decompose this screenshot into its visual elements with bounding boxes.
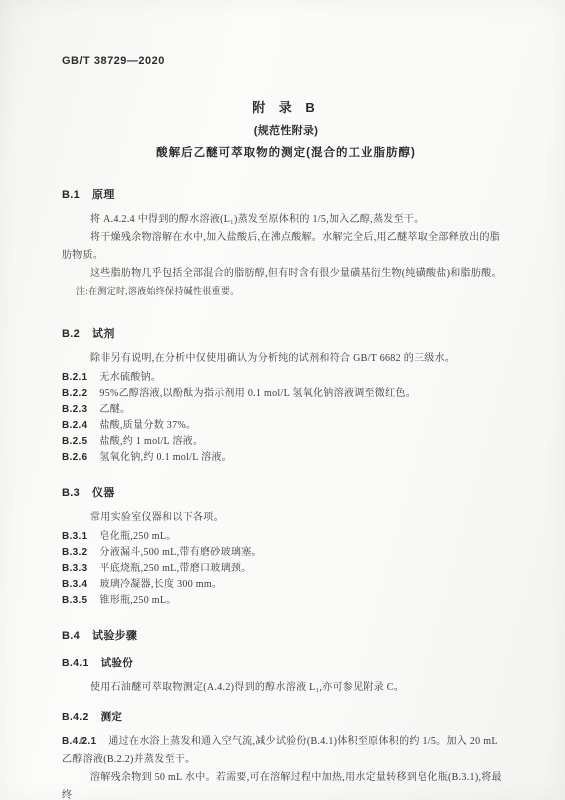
section-title: 仪器 — [92, 487, 115, 499]
clause-row: B.2.3乙醚。 — [62, 402, 510, 418]
section-b3-heading: B.3仪器 — [62, 484, 510, 500]
clause-number: B.2.2 — [62, 388, 87, 399]
clause-row: B.3.2分液漏斗,500 mL,带有磨砂玻璃塞。 — [62, 545, 510, 561]
section-title: 试剂 — [92, 328, 115, 340]
clause-text: 盐酸,质量分数 37%。 — [99, 420, 196, 431]
section-title: 试验步骤 — [92, 630, 137, 642]
appendix-type-note: (规范性附录) — [62, 122, 510, 138]
standard-number: GB/T 38729—2020 — [62, 55, 510, 67]
clause-row: B.3.3平底烧瓶,250 mL,带磨口玻璃颈。 — [62, 561, 510, 577]
paragraph: 除非另有说明,在分析中仅使用确认为分析纯的试剂和符合 GB/T 6682 的三级… — [62, 350, 510, 368]
section-number: B.1 — [62, 189, 80, 201]
clause-text: 通过在水浴上蒸发和通入空气流,减少试验份(B.4.1)体积至原体积的约 1/5。… — [62, 736, 497, 765]
clause-row: B.3.5锥形瓶,250 mL。 — [62, 593, 510, 609]
paragraph: 溶解残余物到 50 mL 水中。若需要,可在溶解过程中加热,用水定量转移到皂化瓶… — [62, 769, 510, 800]
clause-row: B.2.1无水硫酸钠。 — [62, 370, 510, 386]
clause-text: 盐酸,约 1 mol/L 溶液。 — [99, 436, 203, 447]
note-text: 注:在测定时,溶液始终保持碱性很重要。 — [62, 283, 510, 299]
clause-text: 皂化瓶,250 mL。 — [99, 531, 176, 542]
clause-text: 锥形瓶,250 mL。 — [99, 595, 176, 606]
clause-number: B.2.6 — [62, 452, 87, 463]
paragraph: 使用石油醚可萃取物测定(A.4.2)得到的醇水溶液 L₁,亦可参见附录 C。 — [62, 679, 510, 697]
clause-row: B.3.4玻璃冷凝器,长度 300 mm。 — [62, 577, 510, 593]
page-number: 6 — [80, 736, 85, 747]
clause-text: 分液漏斗,500 mL,带有磨砂玻璃塞。 — [99, 547, 261, 558]
clause-number: B.2.4 — [62, 420, 87, 431]
section-b42-heading: B.4.2测定 — [62, 709, 510, 724]
section-number: B.4.1 — [62, 657, 89, 669]
clause-text: 无水硫酸钠。 — [99, 372, 161, 383]
section-number: B.3 — [62, 487, 80, 499]
paragraph: 将干燥残余物溶解在水中,加入盐酸后,在沸点酸解。水解完全后,用乙醚萃取全部释放出… — [62, 229, 510, 265]
section-title: 原理 — [92, 189, 115, 201]
clause-row: B.2.4盐酸,质量分数 37%。 — [62, 418, 510, 434]
apparatus-list: B.3.1皂化瓶,250 mL。 B.3.2分液漏斗,500 mL,带有磨砂玻璃… — [62, 529, 510, 609]
clause-paragraph: B.4.2.1通过在水浴上蒸发和通入空气流,减少试验份(B.4.1)体积至原体积… — [62, 733, 510, 769]
appendix-title-block: 附 录 B (规范性附录) 酸解后乙醚可萃取物的测定(混合的工业脂肪醇) — [62, 97, 510, 160]
section-title: 试验份 — [101, 657, 133, 669]
reagent-list: B.2.1无水硫酸钠。 B.2.295%乙醇溶液,以酚酞为指示剂用 0.1 mo… — [62, 370, 510, 466]
appendix-title: 附 录 B — [62, 97, 510, 116]
clause-number: B.2.1 — [62, 372, 87, 383]
clause-text: 95%乙醇溶液,以酚酞为指示剂用 0.1 mol/L 氢氧化钠溶液调至微红色。 — [99, 388, 416, 399]
section-number: B.2 — [62, 328, 80, 340]
paragraph: 这些脂肪物几乎包括全部混合的脂肪醇,但有时含有很少量磺基衍生物(纯磺酸盐)和脂肪… — [62, 265, 510, 283]
clause-number: B.2.3 — [62, 404, 87, 415]
clause-number: B.3.5 — [62, 595, 87, 606]
clause-number: B.3.2 — [62, 547, 87, 558]
section-title: 测定 — [101, 711, 123, 723]
section-number: B.4 — [62, 630, 80, 642]
document-page: GB/T 38729—2020 附 录 B (规范性附录) 酸解后乙醚可萃取物的… — [0, 0, 565, 800]
clause-number: B.2.5 — [62, 436, 87, 447]
clause-number: B.3.3 — [62, 563, 87, 574]
section-b2-heading: B.2试剂 — [62, 325, 510, 341]
clause-number: B.3.4 — [62, 579, 87, 590]
section-number: B.4.2 — [62, 711, 89, 723]
appendix-subject: 酸解后乙醚可萃取物的测定(混合的工业脂肪醇) — [62, 144, 510, 160]
section-b4-heading: B.4试验步骤 — [62, 627, 510, 643]
clause-row: B.2.6氢氧化钠,约 0.1 mol/L 溶液。 — [62, 450, 510, 466]
clause-row: B.3.1皂化瓶,250 mL。 — [62, 529, 510, 545]
clause-text: 平底烧瓶,250 mL,带磨口玻璃颈。 — [99, 563, 251, 574]
clause-text: 玻璃冷凝器,长度 300 mm。 — [99, 579, 222, 590]
paragraph: 常用实验室仪器和以下各项。 — [62, 509, 510, 527]
clause-text: 乙醚。 — [99, 404, 130, 415]
clause-row: B.2.5盐酸,约 1 mol/L 溶液。 — [62, 434, 510, 450]
section-b1-heading: B.1原理 — [62, 186, 510, 202]
section-b41-heading: B.4.1试验份 — [62, 655, 510, 670]
clause-text: 氢氧化钠,约 0.1 mol/L 溶液。 — [99, 452, 232, 463]
clause-row: B.2.295%乙醇溶液,以酚酞为指示剂用 0.1 mol/L 氢氧化钠溶液调至… — [62, 386, 510, 402]
paragraph: 将 A.4.2.4 中得到的醇水溶液(L₁)蒸发至原体积的 1/5,加入乙醇,蒸… — [62, 211, 510, 229]
clause-number: B.3.1 — [62, 531, 87, 542]
